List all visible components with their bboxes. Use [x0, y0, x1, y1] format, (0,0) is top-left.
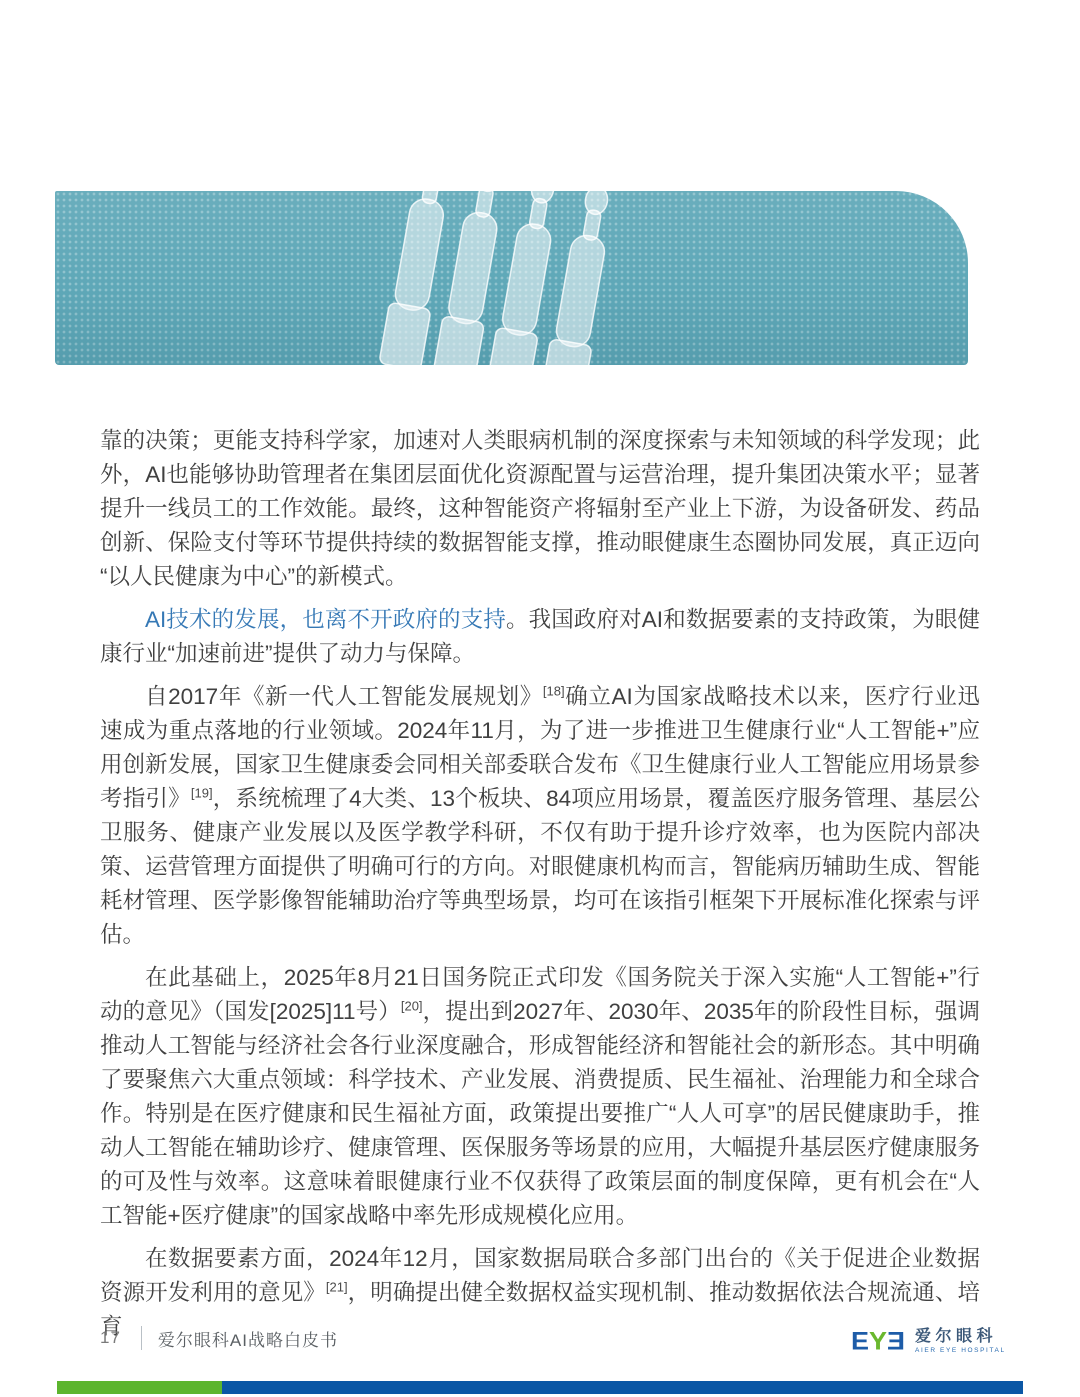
logo-letter-e2-mirrored: E: [887, 1329, 905, 1353]
citation-ref-20: [20]: [401, 999, 423, 1014]
page-number: 17: [100, 1328, 121, 1348]
logo-name-chinese: 爱尔眼科: [915, 1328, 1006, 1346]
logo-text-block: 爱尔眼科 AIER EYE HOSPITAL: [915, 1328, 1006, 1355]
eye-drop-vials-illustration: [350, 191, 710, 365]
hero-photo-eye-drop-ampoules: [55, 191, 968, 365]
paragraph-text: 自2017年《新一代人工智能发展规划》: [145, 684, 543, 709]
bottom-bar-blue: [222, 1381, 1023, 1394]
footer-document-title: 爱尔眼科AI战略白皮书: [158, 1326, 338, 1351]
aier-eye-hospital-logo: E Y E 爱尔眼科 AIER EYE HOSPITAL: [851, 1328, 1006, 1355]
document-page: 靠的决策；更能支持科学家，加速对人类眼病机制的深度探索与未知领域的科学发现；此外…: [0, 0, 1080, 1397]
logo-letter-y: Y: [869, 1329, 887, 1353]
eye-logotype: E Y E: [851, 1328, 905, 1354]
highlighted-lead-text: AI技术的发展，也离不开政府的支持: [145, 607, 506, 632]
paragraph-text: ，提出到2027年、2030年、2035年的阶段性目标，强调推动人工智能与经济社…: [100, 999, 980, 1228]
citation-ref-18: [18]: [543, 684, 565, 699]
logo-name-english: AIER EYE HOSPITAL: [915, 1347, 1006, 1355]
footer-divider: [141, 1326, 142, 1350]
body-text-column: 靠的决策；更能支持科学家，加速对人类眼病机制的深度探索与未知领域的科学发现；此外…: [100, 424, 980, 1353]
logo-letter-e1: E: [851, 1329, 869, 1353]
citation-ref-21: [21]: [326, 1280, 348, 1295]
bottom-bar-green: [57, 1381, 222, 1394]
paragraph: 在此基础上，2025年8月21日国务院正式印发《国务院关于深入实施“人工智能+”…: [100, 961, 980, 1233]
page-footer: 17 爱尔眼科AI战略白皮书: [100, 1322, 338, 1354]
paragraph: AI技术的发展，也离不开政府的支持。我国政府对AI和数据要素的支持政策，为眼健康…: [100, 603, 980, 671]
paragraph: 靠的决策；更能支持科学家，加速对人类眼病机制的深度探索与未知领域的科学发现；此外…: [100, 424, 980, 594]
citation-ref-19: [19]: [191, 786, 213, 801]
paragraph-text: 靠的决策；更能支持科学家，加速对人类眼病机制的深度探索与未知领域的科学发现；此外…: [100, 428, 980, 589]
paragraph: 自2017年《新一代人工智能发展规划》[18]确立AI为国家战略技术以来，医疗行…: [100, 680, 980, 952]
paragraph-text: ，系统梳理了4大类、13个板块、84项应用场景，覆盖医疗服务管理、基层公卫服务、…: [100, 786, 980, 947]
